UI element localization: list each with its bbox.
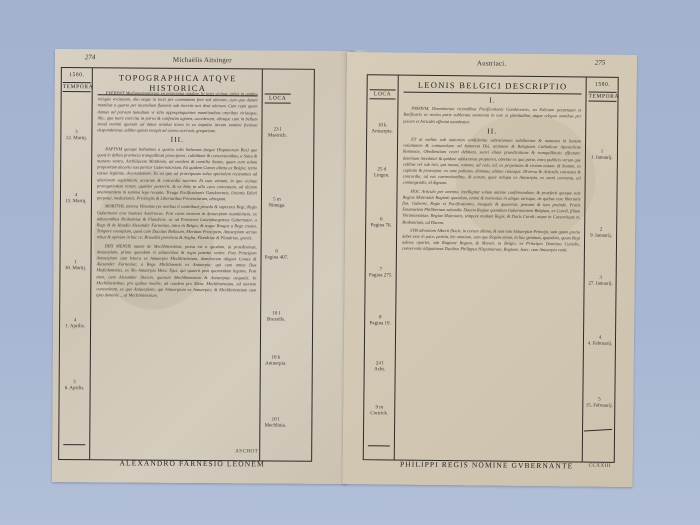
right-page: Austriaci. 275 LOCA LEONIS BELGICI DESCR…: [342, 52, 637, 487]
left-body-text: FVERVNT Mediomontanorum ea praecipua qui…: [95, 90, 258, 453]
paragraph: SVB adventum Alberti Ducis, in eorum ult…: [402, 227, 580, 254]
paragraph: DIEI MENSIS autem de Mechlinensibus, pas…: [96, 243, 256, 300]
loca-note: 10 lBruxells.: [262, 311, 290, 323]
right-folio-number: 275: [595, 59, 606, 67]
book-spread: 274 Michaëlis Aitsinger 1580. TEMPORA TO…: [0, 0, 700, 525]
tempora-note: 56. Aprilis.: [61, 380, 89, 392]
left-footer-title: ALEXANDRO FARNESIO LEONEM: [92, 458, 292, 468]
section-number: I.: [403, 97, 581, 105]
left-year: 1580.: [64, 72, 90, 78]
paragraph: ET ut melius sub maiorum confidentia sub…: [403, 137, 582, 188]
loca-note: 6Pagina 407.: [263, 249, 291, 261]
loca-note: 25 dLingen.: [368, 167, 396, 179]
section-number: III.: [97, 137, 257, 144]
left-tempora-divider: [89, 68, 93, 459]
tempora-note: 11. Ianuarij.: [587, 150, 617, 162]
loca-note: 10 kAntuerpia.: [262, 355, 290, 367]
paragraph: HOC Articulo per omnino, intelligitur so…: [402, 188, 580, 227]
loca-note: 9 mCortrick.: [365, 405, 393, 417]
left-running-head: Michaëlis Aitsinger: [173, 56, 232, 64]
left-loca-label: LOCA: [265, 93, 291, 103]
left-folio-number: 274: [85, 53, 96, 61]
right-text-frame: LOCA LEONIS BELGICI DESCRIPTIO 1580. TEM…: [363, 74, 619, 463]
loca-note: 8Pagina 19.: [366, 315, 394, 327]
paragraph: RAPTVM quoque habuimus a quarto solis ha…: [97, 146, 257, 203]
tempora-note: 44. Februarij.: [585, 336, 615, 348]
paragraph: PRIMVM, Dominiorum vicinalibus Pacificat…: [403, 106, 581, 126]
paragraph: MORITVR, interea Vlmanae (ex morbus il c…: [97, 204, 257, 242]
tempora-note: 130. Martij.: [61, 260, 89, 272]
loca-note: 24 lAcht.: [366, 361, 394, 373]
right-loca-label: LOCA: [370, 89, 396, 99]
right-footer-title: PHILIPPI REGIS NOMINE GVBERNANTE: [395, 460, 579, 471]
catchword: ASCHOT: [235, 449, 258, 454]
right-tempora-label: TEMPORA: [588, 92, 616, 102]
tempora-note: 415. Martij.: [62, 193, 90, 205]
tempora-note: 327. Ianuarij.: [586, 276, 616, 288]
margin-rule: [368, 445, 390, 446]
right-running-head: Austriaci.: [477, 59, 507, 67]
tempora-note: 312. Martij.: [62, 130, 90, 142]
paragraph: FVERVNT Mediomontanorum ea praecipua qui…: [97, 90, 257, 135]
tempora-note: 41. Aprilis.: [61, 318, 89, 330]
left-loca-divider: [259, 69, 263, 460]
signature-mark: CCXXIII: [589, 464, 611, 469]
loca-note: 5 mNimega.: [263, 197, 291, 209]
left-page: 274 Michaëlis Aitsinger 1580. TEMPORA TO…: [52, 49, 350, 484]
right-page-title: LEONIS BELGICI DESCRIPTIO: [404, 80, 582, 92]
loca-note: 6Pagina 76.: [367, 217, 395, 229]
loca-note: 23 lMastrich.: [263, 127, 291, 139]
right-year: 1580.: [589, 82, 617, 88]
left-text-frame: 1580. TEMPORA TOPOGRAPHICA ATQVE HISTORI…: [58, 67, 315, 462]
loca-note: 10 lMechlinia.: [261, 417, 289, 429]
right-body-text: I. PRIMVM, Dominiorum vicinalibus Pacifi…: [400, 94, 582, 448]
margin-rule: [584, 429, 612, 432]
tempora-note: 515. Februarij.: [584, 398, 614, 410]
left-tempora-label: TEMPORA: [63, 82, 91, 92]
loca-note: 7Pagina 275.: [367, 267, 395, 279]
tempora-note: 29. Ianuarij.: [586, 228, 616, 240]
margin-rule: [63, 444, 85, 445]
loca-note: 10 kAntuerpia.: [368, 123, 396, 135]
section-number: II.: [403, 127, 581, 135]
